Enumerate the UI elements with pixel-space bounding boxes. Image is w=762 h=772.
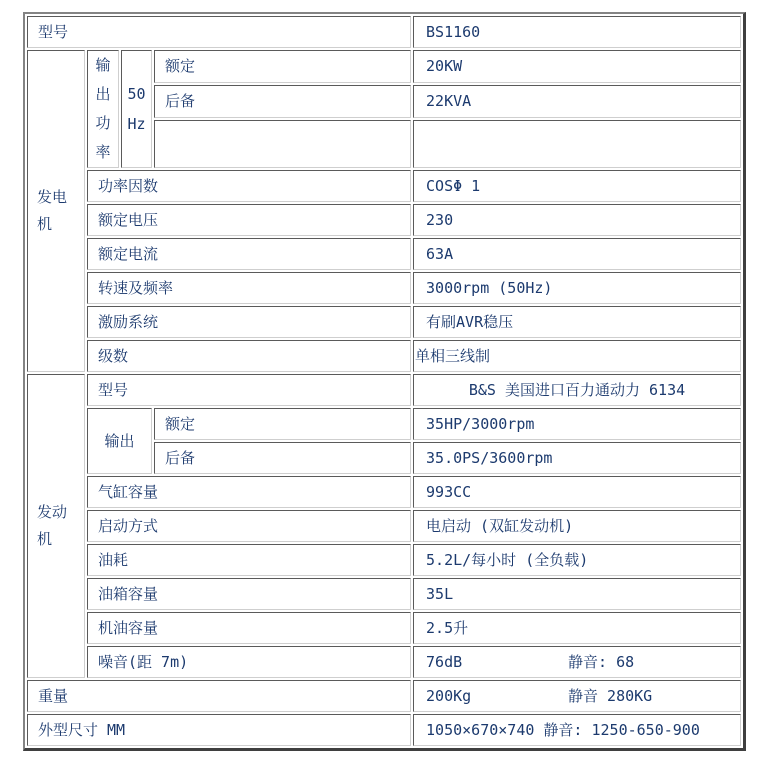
category-cell-generator: 发电机: [27, 50, 85, 372]
fuel-consumption-row: 油耗 5.2L/每小时 (全负载): [27, 544, 741, 576]
oil-capacity-label-cell: 机油容量: [87, 612, 411, 644]
empty-value-cell: [413, 120, 741, 168]
oil-capacity-value-cell: 2.5升: [413, 612, 741, 644]
weight-label-cell: 重量: [27, 680, 411, 712]
fuel-tank-row: 油箱容量 35L: [27, 578, 741, 610]
engine-model-row: 发动机 型号 B&S 美国进口百力通动力 6134: [27, 374, 741, 406]
starting-row: 启动方式 电启动 (双缸发动机): [27, 510, 741, 542]
gen-standby-label-cell: 后备: [154, 85, 411, 118]
gen-standby-value-cell: 22KVA: [413, 85, 741, 118]
noise-value: 76dB: [426, 652, 568, 672]
engine-output-cell: 输出: [87, 408, 152, 474]
dimensions-value-cell: 1050×670×740 静音: 1250-650-900: [413, 714, 741, 746]
engine-rated-label-cell: 额定: [154, 408, 411, 440]
gen-rated-value-cell: 20KW: [413, 50, 741, 83]
weight-silent-value: 静音 280KG: [568, 687, 652, 705]
rated-current-value-cell: 63A: [413, 238, 741, 270]
output-power-cell: 输出功率: [87, 50, 119, 168]
category-cell-engine: 发动机: [27, 374, 85, 678]
weight-value: 200Kg: [426, 686, 568, 706]
gen-rated-label-cell: 额定: [154, 50, 411, 83]
generator-spec-table: 型号 BS1160 发电机 输出功率 50 Hz 额定 20KW 后备 22KV…: [23, 12, 746, 751]
oil-capacity-row: 机油容量 2.5升: [27, 612, 741, 644]
noise-row: 噪音(距 7m) 76dB静音: 68: [27, 646, 741, 678]
weight-value-cell: 200Kg静音 280KG: [413, 680, 741, 712]
fuel-consumption-label-cell: 油耗: [87, 544, 411, 576]
rated-current-row: 额定电流 63A: [27, 238, 741, 270]
rated-voltage-value-cell: 230: [413, 204, 741, 236]
speed-frequency-value-cell: 3000rpm (50Hz): [413, 272, 741, 304]
fuel-tank-value-cell: 35L: [413, 578, 741, 610]
dimensions-label-cell: 外型尺寸 MM: [27, 714, 411, 746]
weight-row: 重量 200Kg静音 280KG: [27, 680, 741, 712]
engine-rated-value-cell: 35HP/3000rpm: [413, 408, 741, 440]
frequency-line1: 50: [122, 79, 151, 109]
engine-rated-row: 输出 额定 35HP/3000rpm: [27, 408, 741, 440]
phase-value-cell: 单相三线制: [413, 340, 741, 372]
noise-label-cell: 噪音(距 7m): [87, 646, 411, 678]
engine-standby-label-cell: 后备: [154, 442, 411, 474]
displacement-value-cell: 993CC: [413, 476, 741, 508]
engine-model-label-cell: 型号: [87, 374, 411, 406]
empty-label-cell: [154, 120, 411, 168]
phase-row: 级数 单相三线制: [27, 340, 741, 372]
power-factor-row: 功率因数 COSΦ 1: [27, 170, 741, 202]
power-factor-label-cell: 功率因数: [87, 170, 411, 202]
model-label-cell: 型号: [27, 16, 411, 48]
phase-label-cell: 级数: [87, 340, 411, 372]
starting-value-cell: 电启动 (双缸发动机): [413, 510, 741, 542]
excitation-value-cell: 有刷AVR稳压: [413, 306, 741, 338]
fuel-tank-label-cell: 油箱容量: [87, 578, 411, 610]
excitation-label-cell: 激励系统: [87, 306, 411, 338]
generator-rated-row: 发电机 输出功率 50 Hz 额定 20KW: [27, 50, 741, 83]
frequency-cell: 50 Hz: [121, 50, 152, 168]
spec-page: 型号 BS1160 发电机 输出功率 50 Hz 额定 20KW 后备 22KV…: [0, 0, 762, 772]
speed-frequency-row: 转速及频率 3000rpm (50Hz): [27, 272, 741, 304]
noise-value-cell: 76dB静音: 68: [413, 646, 741, 678]
starting-label-cell: 启动方式: [87, 510, 411, 542]
power-factor-value-cell: COSΦ 1: [413, 170, 741, 202]
engine-standby-value-cell: 35.0PS/3600rpm: [413, 442, 741, 474]
displacement-row: 气缸容量 993CC: [27, 476, 741, 508]
displacement-label-cell: 气缸容量: [87, 476, 411, 508]
rated-voltage-row: 额定电压 230: [27, 204, 741, 236]
dimensions-row: 外型尺寸 MM 1050×670×740 静音: 1250-650-900: [27, 714, 741, 746]
rated-current-label-cell: 额定电流: [87, 238, 411, 270]
rated-voltage-label-cell: 额定电压: [87, 204, 411, 236]
frequency-line2: Hz: [122, 109, 151, 139]
speed-frequency-label-cell: 转速及频率: [87, 272, 411, 304]
engine-model-value-cell: B&S 美国进口百力通动力 6134: [413, 374, 741, 406]
excitation-row: 激励系统 有刷AVR稳压: [27, 306, 741, 338]
model-row: 型号 BS1160: [27, 16, 741, 48]
noise-silent-value: 静音: 68: [568, 653, 634, 671]
fuel-consumption-value-cell: 5.2L/每小时 (全负载): [413, 544, 741, 576]
model-value-cell: BS1160: [413, 16, 741, 48]
